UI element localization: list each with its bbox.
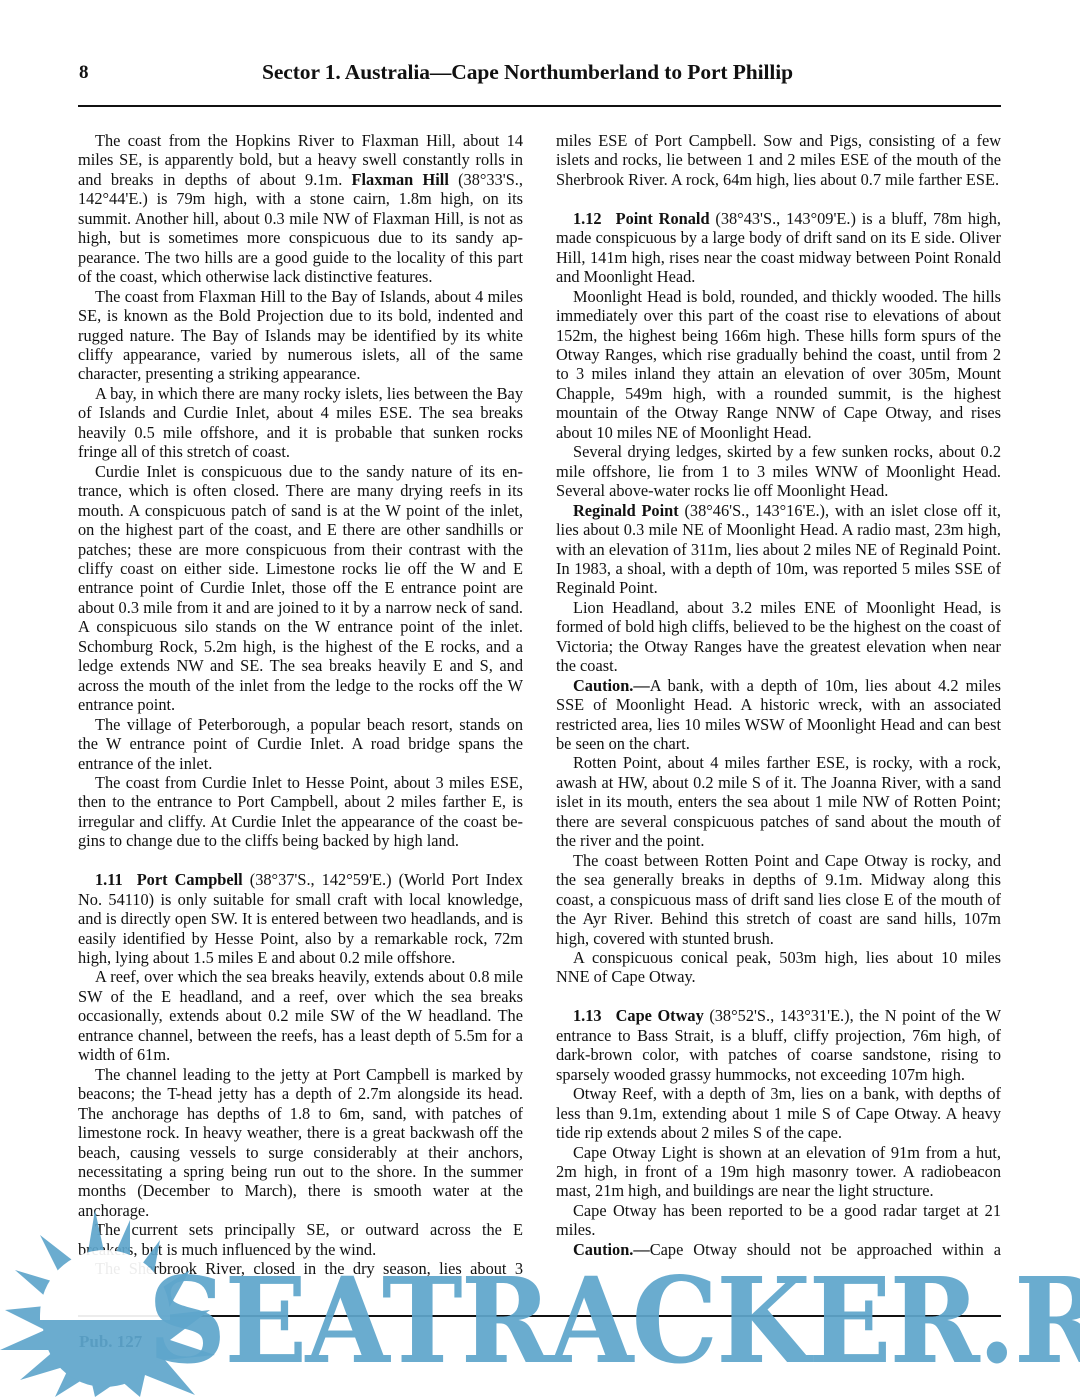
paragraph: The coast from Flaxman Hill to the Bay o…: [78, 287, 523, 384]
paragraph: The coast from the Hopkins River to Flax…: [78, 131, 523, 287]
section-1-11: 1.11Port Campbell (38°37'S., 142°59'E.) …: [78, 870, 523, 967]
section-number: 1.13: [573, 1006, 602, 1025]
paragraph: Reginald Point (38°46'S., 143°16'E.), wi…: [556, 501, 1001, 598]
paragraph: Curdie Inlet is conspicuous due to the s…: [78, 462, 523, 715]
running-head-title: Sector 1. Australia—Cape Northumberland …: [262, 60, 793, 85]
place-name: Flaxman Hill: [352, 170, 449, 189]
paragraph: A bay, in which there are many rocky isl…: [78, 384, 523, 462]
place-name: Reginald Point: [573, 501, 679, 520]
watermark-text: SEATRACKER.RU: [148, 1262, 1080, 1380]
paragraph: The coast from Curdie Inlet to Hesse Poi…: [78, 773, 523, 851]
left-column: The coast from the Hopkins River to Flax…: [78, 131, 523, 1279]
paragraph: The coast between Rotten Point and Cape …: [556, 851, 1001, 948]
paragraph: Otway Reef, with a depth of 3m, lies on …: [556, 1084, 1001, 1142]
caution-paragraph: Caution.—A bank, with a depth of 10m, li…: [556, 676, 1001, 754]
section-1-13: 1.13Cape Otway (38°52'S., 143°31'E.), th…: [556, 1006, 1001, 1084]
paragraph: Cape Otway has been reported to be a goo…: [556, 1201, 1001, 1240]
section-number: 1.11: [95, 870, 123, 889]
publication-number: Pub. 127: [79, 1332, 142, 1352]
paragraph: Cape Otway Light is shown at an elevatio…: [556, 1143, 1001, 1201]
paragraph-continued: miles ESE of Port Campbell. Sow and Pigs…: [556, 131, 1001, 189]
paragraph: The village of Peterborough, a popular b…: [78, 715, 523, 773]
paragraph: Lion Headland, about 3.2 miles ENE of Mo…: [556, 598, 1001, 676]
section-heading: Port Campbell: [137, 870, 243, 889]
paragraph: A conspicuous conical peak, 503m high, l…: [556, 948, 1001, 987]
paragraph: Rotten Point, about 4 miles farther ESE,…: [556, 753, 1001, 850]
paragraph: A reef, over which the sea breaks heavil…: [78, 967, 523, 1064]
section-heading: Cape Otway: [616, 1006, 704, 1025]
section-heading: Point Ronald: [616, 209, 710, 228]
right-column: miles ESE of Port Campbell. Sow and Pigs…: [556, 131, 1001, 1259]
section-1-12: 1.12Point Ronald (38°43'S., 143°09'E.) i…: [556, 209, 1001, 287]
caution-label: Caution.—: [573, 676, 650, 695]
paragraph: Moonlight Head is bold, rounded, and thi…: [556, 287, 1001, 443]
section-number: 1.12: [573, 209, 602, 228]
paragraph: The channel leading to the jetty at Port…: [78, 1065, 523, 1221]
page-number: 8: [79, 62, 89, 84]
paragraph: Several drying ledges, skirted by a few …: [556, 442, 1001, 500]
header-rule: [78, 105, 1001, 107]
